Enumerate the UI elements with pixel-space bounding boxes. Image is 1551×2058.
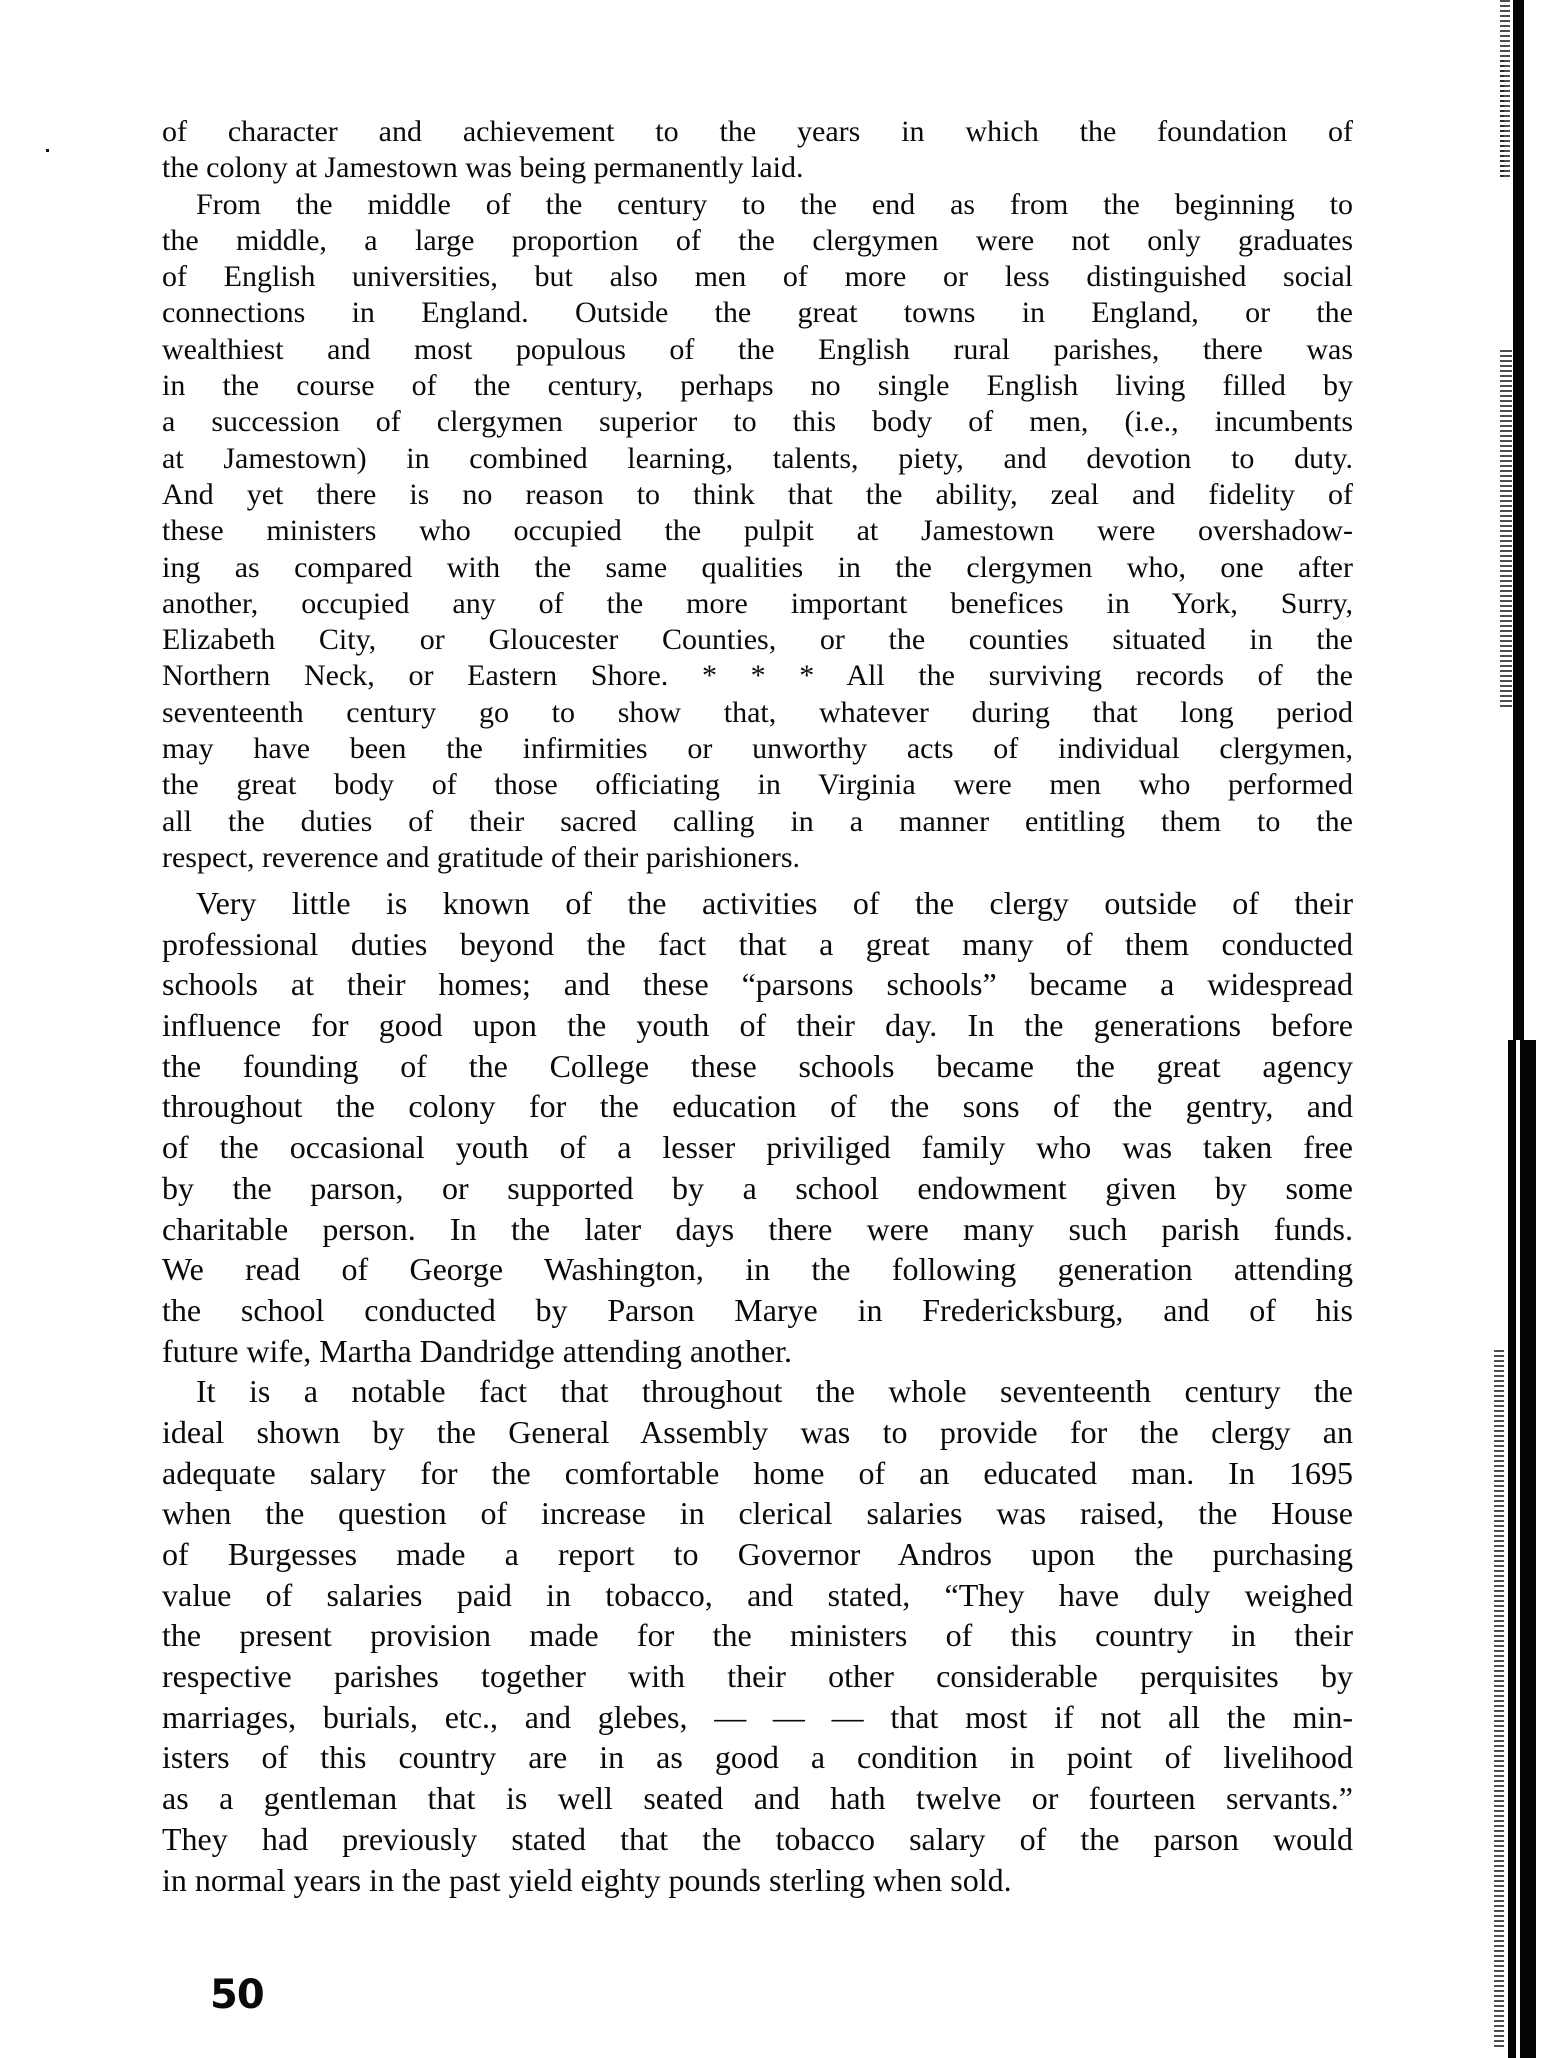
text-line: connections in England. Outside the grea… — [162, 295, 1353, 331]
text-line: the colony at Jamestown was being perman… — [162, 150, 1353, 186]
text-line: future wife, Martha Dandridge attending … — [162, 1331, 1353, 1372]
scanned-book-page: of character and achievement to the year… — [0, 0, 1551, 2058]
text-line: adequate salary for the comfortable home… — [162, 1453, 1353, 1494]
text-line: the founding of the College these school… — [162, 1046, 1353, 1087]
text-line: these ministers who occupied the pulpit … — [162, 513, 1353, 549]
text-line: when the question of increase in clerica… — [162, 1493, 1353, 1534]
text-line: the present provision made for the minis… — [162, 1615, 1353, 1656]
text-line: by the parson, or supported by a school … — [162, 1168, 1353, 1209]
text-line: ideal shown by the General Assembly was … — [162, 1412, 1353, 1453]
text-line: value of salaries paid in tobacco, and s… — [162, 1575, 1353, 1616]
text-line: of Burgesses made a report to Governor A… — [162, 1534, 1353, 1575]
binding-noise-upper-2 — [1500, 60, 1504, 180]
text-line: of English universities, but also men of… — [162, 259, 1353, 295]
scan-speck — [46, 149, 49, 152]
paragraph-start-line: It is a notable fact that throughout the… — [162, 1371, 1353, 1412]
text-line: isters of this country are in as good a … — [162, 1737, 1353, 1778]
page-number: 50 — [210, 1972, 264, 2018]
text-line: of the occasional youth of a lesser priv… — [162, 1127, 1353, 1168]
binding-noise-lower — [1494, 1350, 1504, 2050]
binding-noise-mid — [1500, 350, 1512, 710]
text-line: charitable person. In the later days the… — [162, 1209, 1353, 1250]
text-line: may have been the infirmities or unworth… — [162, 731, 1353, 767]
text-line: ing as compared with the same qualities … — [162, 550, 1353, 586]
text-line: in normal years in the past yield eighty… — [162, 1860, 1353, 1901]
text-line: We read of George Washington, in the fol… — [162, 1249, 1353, 1290]
text-line: respective parishes together with their … — [162, 1656, 1353, 1697]
text-line: Elizabeth City, or Gloucester Counties, … — [162, 622, 1353, 658]
binding-edge-lower-a — [1508, 1040, 1516, 2058]
text-line: in the course of the century, perhaps no… — [162, 368, 1353, 404]
text-line: the school conducted by Parson Marye in … — [162, 1290, 1353, 1331]
text-line: seventeenth century go to show that, wha… — [162, 695, 1353, 731]
text-line: schools at their homes; and these “parso… — [162, 964, 1353, 1005]
text-line: marriages, burials, etc., and glebes, — … — [162, 1697, 1353, 1738]
text-line: influence for good upon the youth of the… — [162, 1005, 1353, 1046]
text-line: They had previously stated that the toba… — [162, 1819, 1353, 1860]
text-line: another, occupied any of the more import… — [162, 586, 1353, 622]
text-line: And yet there is no reason to think that… — [162, 477, 1353, 513]
text-line: a succession of clergymen superior to th… — [162, 404, 1353, 440]
text-line: throughout the colony for the education … — [162, 1086, 1353, 1127]
text-line: all the duties of their sacred calling i… — [162, 804, 1353, 840]
text-line: the great body of those officiating in V… — [162, 767, 1353, 803]
binding-edge-lower-b — [1520, 1040, 1536, 2058]
paragraph-start-line: Very little is known of the activities o… — [162, 883, 1353, 924]
binding-edge-upper — [1513, 0, 1524, 1040]
text-line: professional duties beyond the fact that… — [162, 924, 1353, 965]
text-block-top: of character and achievement to the year… — [162, 114, 1353, 876]
text-line: as a gentleman that is well seated and h… — [162, 1778, 1353, 1819]
text-line: of character and achievement to the year… — [162, 114, 1353, 150]
text-line: wealthiest and most populous of the Engl… — [162, 332, 1353, 368]
text-line: Northern Neck, or Eastern Shore. * * * A… — [162, 658, 1353, 694]
text-line: respect, reverence and gratitude of thei… — [162, 840, 1353, 876]
text-line: the middle, a large proportion of the cl… — [162, 223, 1353, 259]
text-block-bottom: Very little is known of the activities o… — [162, 883, 1353, 1900]
text-line: at Jamestown) in combined learning, tale… — [162, 441, 1353, 477]
paragraph-start-line: From the middle of the century to the en… — [162, 187, 1353, 223]
